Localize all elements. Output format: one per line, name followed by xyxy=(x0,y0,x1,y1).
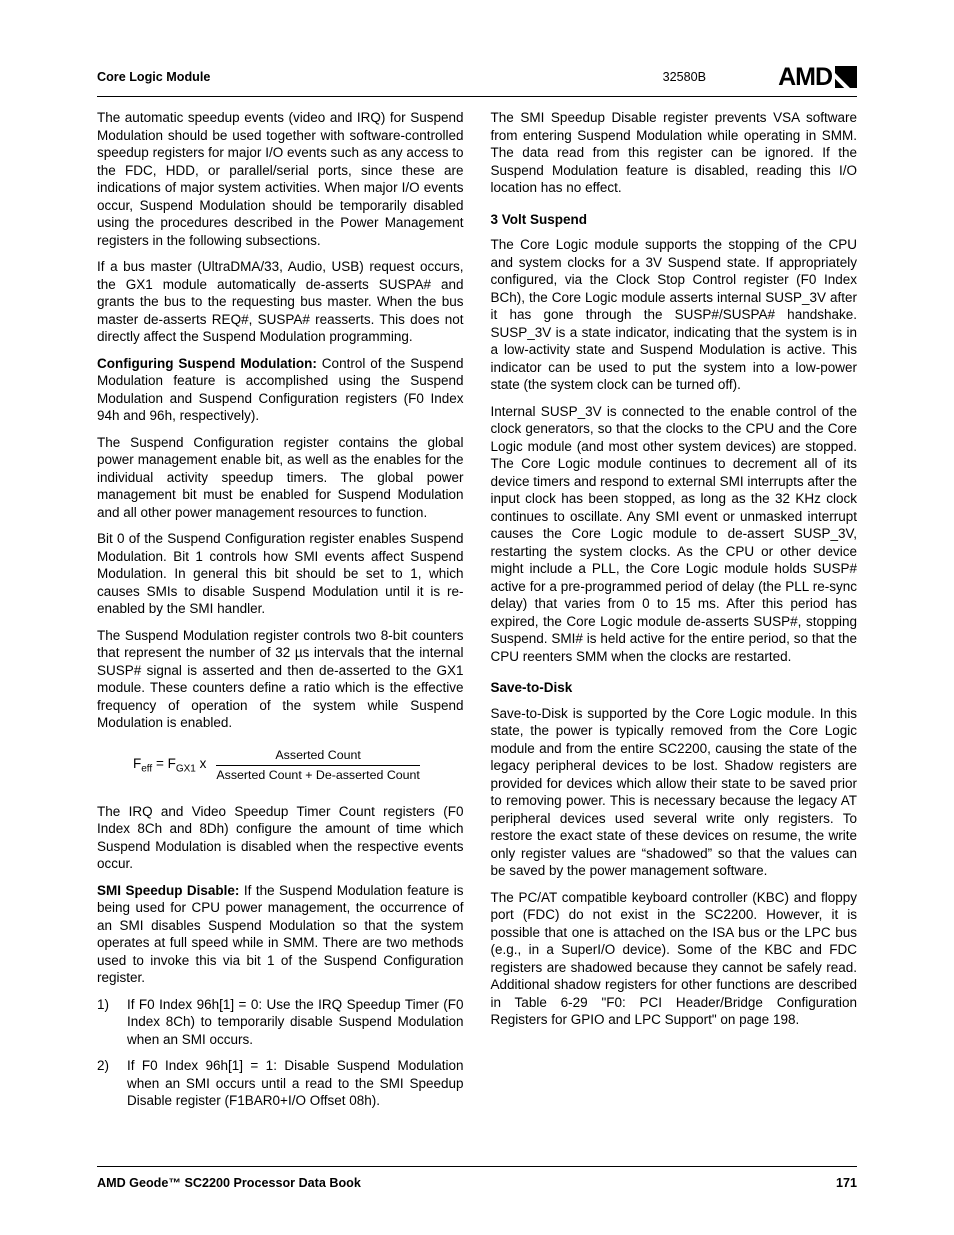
paragraph-kbc-fdc-shadow: The PC/AT compatible keyboard controller… xyxy=(491,889,858,1029)
list-item-text: If F0 Index 96h[1] = 1: Disable Suspend … xyxy=(127,1057,464,1110)
formula-lhs: Feff = FGX1 x xyxy=(133,756,206,775)
runin-heading-smi-speedup: SMI Speedup Disable: xyxy=(97,883,239,898)
list-item-number: 1) xyxy=(97,996,127,1049)
right-column: The SMI Speedup Disable register prevent… xyxy=(491,109,858,1119)
document-page: Core Logic Module 32580B AMD The automat… xyxy=(0,0,954,1235)
formula-fraction: Asserted Count Asserted Count + De-asser… xyxy=(216,748,420,783)
numbered-list: 1) If F0 Index 96h[1] = 0: Use the IRQ S… xyxy=(97,996,464,1110)
paragraph-auto-speedup: The automatic speedup events (video and … xyxy=(97,109,464,249)
paragraph-suspend-configuration-register: The Suspend Configuration register conta… xyxy=(97,434,464,522)
footer-book-title: AMD Geode™ SC2200 Processor Data Book xyxy=(97,1176,361,1190)
formula-fgx1: F xyxy=(168,756,176,771)
section-heading-save-to-disk: Save-to-Disk xyxy=(491,679,858,697)
paragraph-internal-susp3v: Internal SUSP_3V is connected to the ena… xyxy=(491,403,858,666)
formula-f-subscript: eff xyxy=(141,763,152,774)
list-item: 1) If F0 Index 96h[1] = 0: Use the IRQ S… xyxy=(97,996,464,1049)
paragraph-bit0-bit1: Bit 0 of the Suspend Configuration regis… xyxy=(97,530,464,618)
footer-page-number: 171 xyxy=(836,1176,857,1190)
list-item-number: 2) xyxy=(97,1057,127,1110)
formula-effective-frequency: Feff = FGX1 x Asserted Count Asserted Co… xyxy=(133,748,464,783)
paragraph-smi-speedup-disable: SMI Speedup Disable: If the Suspend Modu… xyxy=(97,882,464,987)
section-heading-3-volt-suspend: 3 Volt Suspend xyxy=(491,211,858,229)
page-header: Core Logic Module 32580B AMD xyxy=(97,0,857,94)
paragraph-save-to-disk: Save-to-Disk is supported by the Core Lo… xyxy=(491,705,858,880)
header-doc-number: 32580B xyxy=(663,70,706,84)
header-section-title: Core Logic Module xyxy=(97,70,210,84)
amd-logo-text: AMD xyxy=(778,65,832,90)
paragraph-bus-master: If a bus master (UltraDMA/33, Audio, USB… xyxy=(97,258,464,346)
formula-numerator: Asserted Count xyxy=(216,748,420,766)
page-footer: AMD Geode™ SC2200 Processor Data Book 17… xyxy=(97,1166,857,1190)
paragraph-suspend-modulation-register: The Suspend Modulation register controls… xyxy=(97,627,464,732)
paragraph-smi-disable-register: The SMI Speedup Disable register prevent… xyxy=(491,109,858,197)
left-column: The automatic speedup events (video and … xyxy=(97,109,464,1119)
list-item: 2) If F0 Index 96h[1] = 1: Disable Suspe… xyxy=(97,1057,464,1110)
amd-arrow-icon xyxy=(835,66,857,88)
amd-logo: AMD xyxy=(778,65,857,90)
list-item-text: If F0 Index 96h[1] = 0: Use the IRQ Spee… xyxy=(127,996,464,1049)
runin-heading-configuring: Configuring Suspend Modulation: xyxy=(97,356,317,371)
page-body: The automatic speedup events (video and … xyxy=(97,109,857,1119)
paragraph-speedup-timer-count: The IRQ and Video Speedup Timer Count re… xyxy=(97,803,464,873)
formula-f: F xyxy=(133,756,141,771)
paragraph-3v-suspend-intro: The Core Logic module supports the stopp… xyxy=(491,236,858,394)
formula-denominator: Asserted Count + De-asserted Count xyxy=(216,766,420,783)
paragraph-configuring-suspend-modulation: Configuring Suspend Modulation: Control … xyxy=(97,355,464,425)
formula-equals: = xyxy=(152,756,167,771)
header-rule xyxy=(97,96,857,97)
formula-fgx1-subscript: GX1 xyxy=(176,763,196,774)
formula-times: x xyxy=(196,756,207,771)
